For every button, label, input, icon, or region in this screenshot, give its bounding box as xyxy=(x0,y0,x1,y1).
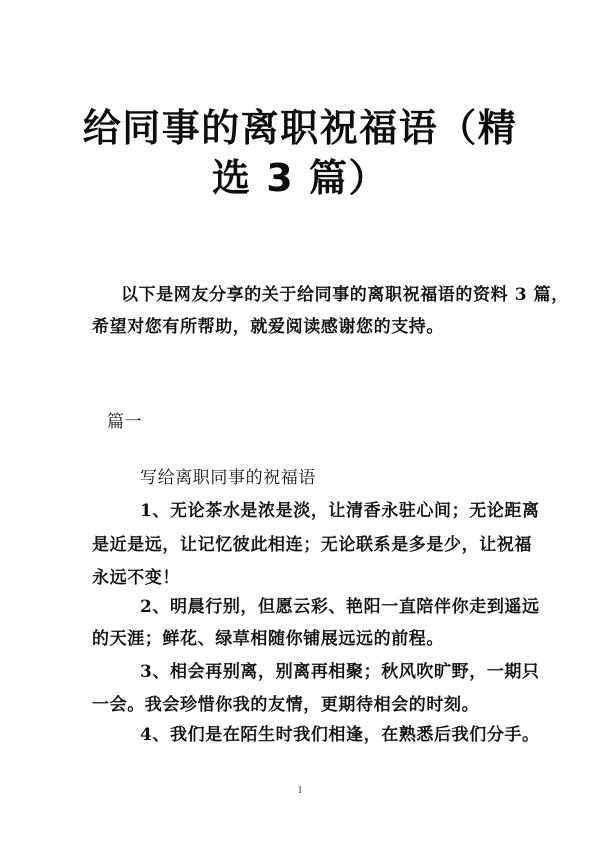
section-label: 篇一 xyxy=(107,412,142,432)
item-2-line-1: 2、明晨行别，但愿云彩、艳阳一直陪伴你走到遥远 xyxy=(140,597,540,617)
document-page: 给同事的离职祝福语（精 选 3 篇） 以下是网友分享的关于给同事的离职祝福语的资… xyxy=(0,0,600,848)
section-subheading: 写给离职同事的祝福语 xyxy=(140,468,316,488)
intro-line-1: 以下是网友分享的关于给同事的离职祝福语的资料 3 篇， xyxy=(121,285,569,305)
item-1-line-3: 永远不变！ xyxy=(92,568,180,588)
intro-line-2: 希望对您有所帮助，就爱阅读感谢您的支持。 xyxy=(92,317,444,337)
item-4-line-1: 4、我们是在陌生时我们相逢，在熟悉后我们分手。 xyxy=(140,725,540,745)
item-1-line-1: 1、无论茶水是浓是淡，让清香永驻心间；无论距离 xyxy=(140,501,540,521)
item-1-line-2: 是近是远，让记忆彼此相连；无论联系是多是少，让祝福 xyxy=(92,535,532,555)
document-title-line-1: 给同事的离职祝福语（精 xyxy=(0,108,600,148)
item-3-line-1: 3、相会再别离，别离再相聚；秋风吹旷野，一期只 xyxy=(140,662,540,682)
document-title-line-2: 选 3 篇） xyxy=(0,158,600,198)
page-number: 1 xyxy=(0,785,600,796)
item-3-line-2: 一会。我会珍惜你我的友情，更期待相会的时刻。 xyxy=(92,695,479,715)
item-2-line-2: 的天涯；鲜花、绿草相随你铺展远远的前程。 xyxy=(92,629,444,649)
